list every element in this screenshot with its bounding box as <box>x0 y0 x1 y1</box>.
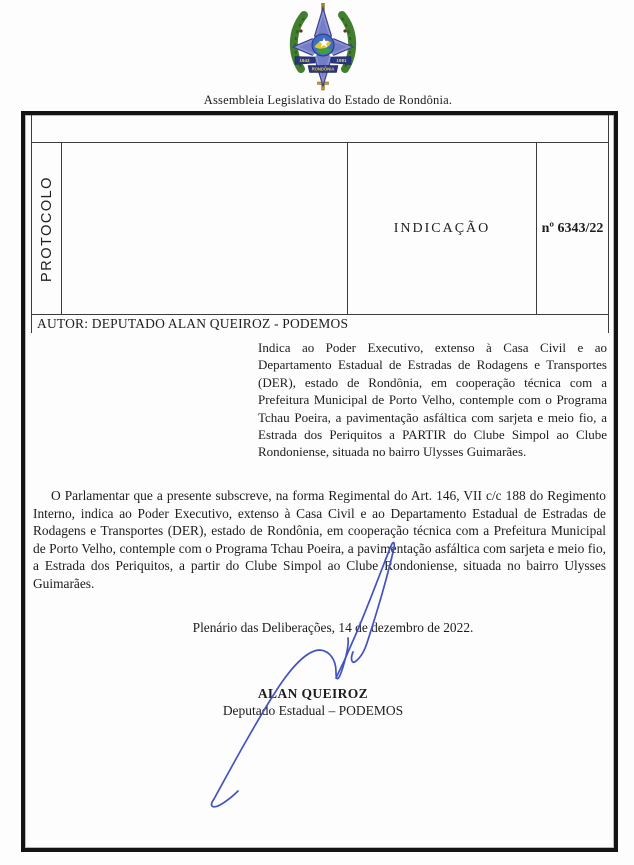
document-number-cell: nº 6343/22 <box>537 143 608 314</box>
ribbon-year-left: 1943 <box>299 58 310 63</box>
signer-title: Deputado Estadual – PODEMOS <box>31 703 595 719</box>
institution-name: Assembleia Legislativa do Estado de Rond… <box>11 93 634 108</box>
main-paragraph: O Parlamentar que a presente subscreve, … <box>33 487 606 593</box>
date-line: Plenário das Deliberações, 14 de dezembr… <box>31 620 609 636</box>
rondonia-coat-of-arms-icon: 1943 1981 RONDÔNIA <box>287 3 359 91</box>
protocolo-label: PROTOCOLO <box>39 176 55 282</box>
ementa-paragraph: Indica ao Poder Executivo, extenso à Cas… <box>258 339 607 461</box>
banner-state-name: RONDÔNIA <box>312 67 335 72</box>
protocolo-cell: PROTOCOLO <box>32 143 62 314</box>
signature-block: ALAN QUEIROZ Deputado Estadual – PODEMOS <box>31 686 609 719</box>
signer-name: ALAN QUEIROZ <box>31 686 595 702</box>
protocol-main-row: PROTOCOLO INDICAÇÃO nº 6343/22 <box>32 143 608 315</box>
protocol-stamp-area <box>62 143 348 314</box>
scanned-document-page: 1943 1981 RONDÔNIA Assembleia Legislativ… <box>0 0 634 865</box>
author-row: AUTOR: DEPUTADO ALAN QUEIROZ - PODEMOS <box>32 315 608 333</box>
document-type-cell: INDICAÇÃO <box>348 143 537 314</box>
ribbon-year-right: 1981 <box>336 58 347 63</box>
protocol-empty-top-row <box>32 115 608 143</box>
protocol-table: PROTOCOLO INDICAÇÃO nº 6343/22 AUTOR: DE… <box>31 115 609 333</box>
